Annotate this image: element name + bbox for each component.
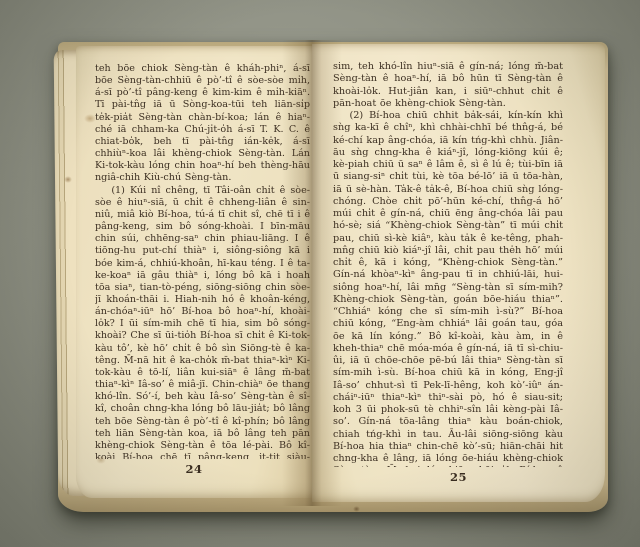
page-number-right: 25 — [312, 470, 605, 484]
page-number-left: 24 — [76, 462, 312, 476]
right-page-text-block: sim, teh khó-lîn hiuⁿ-siā ê gín-ná; lóng… — [333, 61, 563, 467]
left-page-text-block: teh bōe chiok Sèng-tàn ê kháh-phiⁿ, á-sī… — [95, 63, 310, 459]
book-page-left: teh bōe chiok Sèng-tàn ê kháh-phiⁿ, á-sī… — [76, 46, 312, 498]
left-page-paragraph-continuation: teh bōe chiok Sèng-tàn ê kháh-phiⁿ, á-sī… — [95, 63, 310, 185]
book-photo-scene: teh bōe chiok Sèng-tàn ê kháh-phiⁿ, á-sī… — [0, 0, 640, 547]
book-page-right: sim, teh khó-lîn hiuⁿ-siā ê gín-ná; lóng… — [312, 44, 605, 502]
right-page-paragraph-continuation: sim, teh khó-lîn hiuⁿ-siā ê gín-ná; lóng… — [333, 61, 563, 110]
right-page-paragraph-2: (2) Bí-hoa chiū chhit ba̍k-sái, kín-kín … — [333, 110, 563, 467]
left-page-paragraph-1: (1) Kúi nî chêng, tī Tâi-oân chi̍t ê sòe… — [95, 185, 310, 459]
open-book: teh bōe chiok Sèng-tàn ê kháh-phiⁿ, á-sī… — [50, 38, 610, 514]
